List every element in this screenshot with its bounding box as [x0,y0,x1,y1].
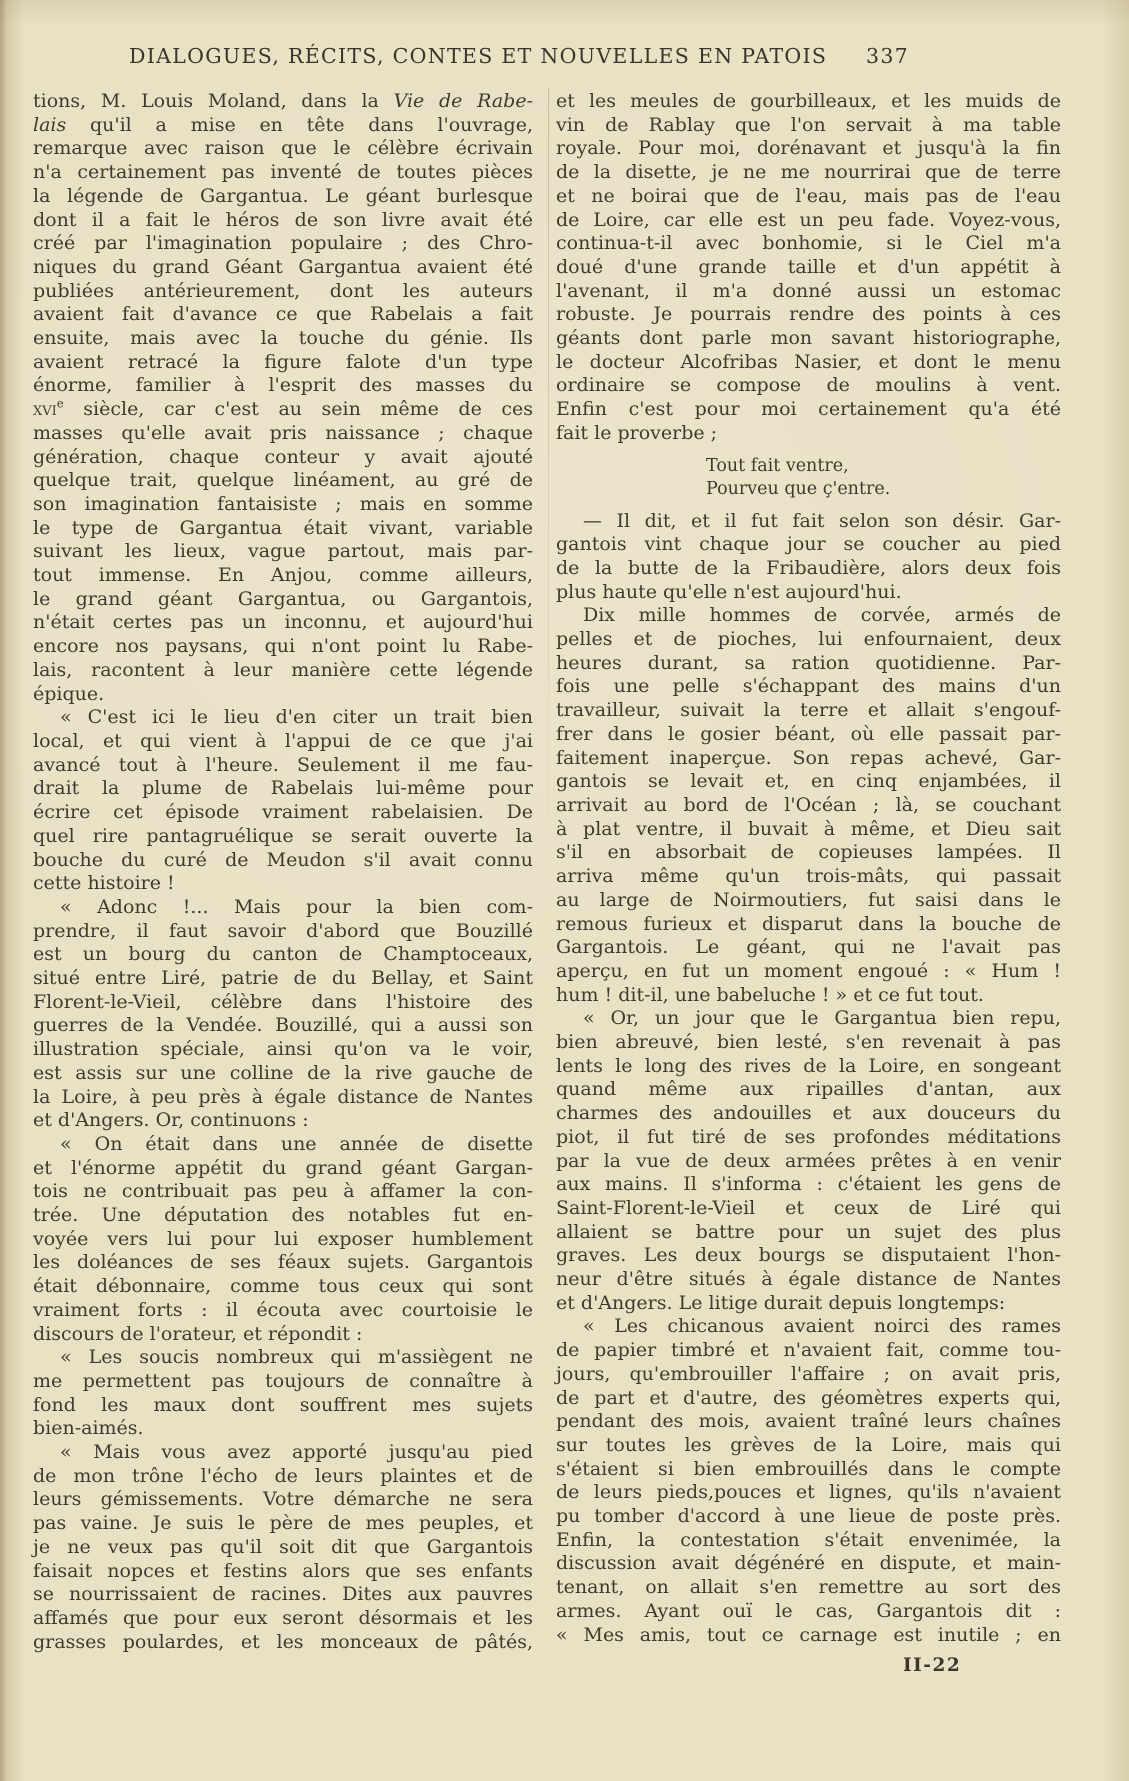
text-line: travailleur, suivait la terre et allait … [556,699,1061,723]
text-line: fois une pelle s'échappant des mains d'u… [556,675,1061,699]
text-line: trée. Une députation des notables fut en… [33,1204,533,1228]
text-line: était débonnaire, comme tous ceux qui so… [33,1275,533,1299]
text-line: leurs gémissements. Votre démarche ne se… [33,1488,533,1512]
text-line: robuste. Je pourrais rendre des points à… [556,303,1061,327]
signature-mark: II-22 [903,1655,961,1676]
text-line: illustration spéciale, ainsi qu'on va le… [33,1038,533,1062]
left-column: tions, M. Louis Moland, dans la Vie de R… [33,90,533,1654]
text-line: allaient se battre pour un sujet des plu… [556,1221,1061,1245]
text-line: Tout fait ventre, [706,455,1061,478]
text-line: avaient fait d'avance ce que Rabelais a … [33,303,533,327]
text-line: Gargantois. Le géant, qui ne l'avait pas [556,936,1061,960]
verse-block: Tout fait ventre,Pourveu que ç'entre. [556,446,1061,510]
text-line: fond les maux dont souffrent mes sujets [33,1394,533,1418]
text-line: et d'Angers. Le litige durait depuis lon… [556,1292,1061,1316]
text-line: de part et d'autre, des géomètres expert… [556,1387,1061,1411]
text-line: jours, qu'embrouiller l'affaire ; on ava… [556,1363,1061,1387]
running-title: DIALOGUES, RÉCITS, CONTES ET NOUVELLES E… [129,44,827,68]
text-line: piot, il fut tiré de ses profondes médit… [556,1126,1061,1150]
text-line: continua-t-il avec bonhomie, si le Ciel … [556,232,1061,256]
page-header: DIALOGUES, RÉCITS, CONTES ET NOUVELLES E… [0,44,1129,74]
text-line: le docteur Alcofribas Nasier, et dont le… [556,351,1061,375]
text-line: les doléances de ses féaux sujets. Garga… [33,1251,533,1275]
paragraph: « Les soucis nombreux qui m'assiègent ne… [33,1346,533,1441]
text-line: « Les soucis nombreux qui m'assiègent ne [33,1346,533,1370]
text-line: quel rire pantagruélique se serait ouver… [33,825,533,849]
text-line: arrivait au bord de l'Océan ; là, se cou… [556,794,1061,818]
text-line: faisait nopces et festins alors que ses … [33,1560,533,1584]
text-line: discours de l'orateur, et répondit : [33,1323,533,1347]
text-line: et ne boirai que de l'eau, mais pas de l… [556,185,1061,209]
paragraph: « Les chicanous avaient noirci des rames… [556,1315,1061,1647]
text-line: « Adonc !... Mais pour la bien com- [33,896,533,920]
text-line: tois ne contribuait pas peu à affamer la… [33,1180,533,1204]
text-line: est un bourg du canton de Champtoceaux, [33,943,533,967]
text-line: vin de Rablay que l'on servait à ma tabl… [556,114,1061,138]
text-line: Dix mille hommes de corvée, armés de [556,604,1061,628]
text-line: armes. Ayant ouï le cas, Gargantois dit … [556,1600,1061,1624]
text-line: bien-aimés. [33,1417,533,1441]
text-line: écrire cet épisode vraiment rabelaisien.… [33,801,533,825]
text-line: de Loire, car elle est un peu fade. Voye… [556,209,1061,233]
text-line: xvie siècle, car c'est au sein même de c… [33,398,533,422]
text-line: encore nos paysans, qui n'ont point lu R… [33,635,533,659]
text-line: frer dans le gosier béant, où elle passa… [556,723,1061,747]
text-line: de leurs pieds,pouces et lignes, qu'ils … [556,1481,1061,1505]
text-line: suivant les lieux, vague partout, mais p… [33,540,533,564]
paragraph: « Mais vous avez apporté jusqu'au piedde… [33,1441,533,1654]
text-line: local, et qui vient à l'appui de ce que … [33,730,533,754]
text-line: grasses poulardes, et les monceaux de pâ… [33,1631,533,1655]
text-line: quelque trait, quelque linéament, au gré… [33,469,533,493]
text-line: son imagination fantaisiste ; mais en so… [33,493,533,517]
text-line: cette histoire ! [33,872,533,896]
text-line: « Or, un jour que le Gargantua bien repu… [556,1007,1061,1031]
text-line: quand même aux ripailles d'antan, aux [556,1078,1061,1102]
text-line: drait la plume de Rabelais lui-même pour [33,777,533,801]
text-line: s'étaient si bien embrouillés dans le co… [556,1458,1061,1482]
text-line: le grand géant Gargantua, ou Gargantois, [33,588,533,612]
page-number: 337 [866,44,909,68]
text-line: lais qu'il a mise en tête dans l'ouvrage… [33,114,533,138]
text-line: géants dont parle mon savant historiogra… [556,327,1061,351]
text-line: au large de Noirmoutiers, fut saisi dans… [556,889,1061,913]
text-line: de papier timbré et n'avaient fait, comm… [556,1339,1061,1363]
text-line: avaient retracé la figure falote d'un ty… [33,351,533,375]
paragraph: — Il dit, et il fut fait selon son désir… [556,510,1061,605]
text-line: « C'est ici le lieu d'en citer un trait … [33,706,533,730]
text-line: de mon trône l'écho de leurs plaintes et… [33,1465,533,1489]
text-line: hum ! dit-il, une babeluche ! » et ce fu… [556,984,1061,1008]
text-line: énorme, familier à l'esprit des masses d… [33,374,533,398]
text-line: situé entre Liré, patrie de du Bellay, e… [33,967,533,991]
text-line: je ne veux pas qu'il soit dit que Gargan… [33,1536,533,1560]
text-line: bien abreuvé, bien lesté, s'en revenait … [556,1031,1061,1055]
text-line: tout immense. En Anjou, comme ailleurs, [33,564,533,588]
text-line: Enfin c'est pour moi certainement qu'a é… [556,398,1061,422]
text-line: ordinaire se compose de moulins à vent. [556,374,1061,398]
text-line: discussion avait dégénéré en dispute, et… [556,1552,1061,1576]
text-line: plus haute qu'elle n'est aujourd'hui. [556,581,1061,605]
text-line: lents le long des rives de la Loire, en … [556,1055,1061,1079]
text-line: et l'énorme appétit du grand géant Garga… [33,1157,533,1181]
paragraph: « Adonc !... Mais pour la bien com-prend… [33,896,533,1133]
text-line: Saint-Florent-le-Vieil et ceux de Liré q… [556,1197,1061,1221]
text-line: et les meules de gourbilleaux, et les mu… [556,90,1061,114]
paragraph: Dix mille hommes de corvée, armés depell… [556,604,1061,1007]
text-line: voyée vers lui pour lui exposer humbleme… [33,1228,533,1252]
text-line: niques du grand Géant Gargantua avaient … [33,256,533,280]
text-line: « Les chicanous avaient noirci des rames [556,1315,1061,1339]
text-line: graves. Les deux bourgs se disputaient l… [556,1244,1061,1268]
book-page: DIALOGUES, RÉCITS, CONTES ET NOUVELLES E… [0,0,1129,1781]
text-line: tions, M. Louis Moland, dans la Vie de R… [33,90,533,114]
text-line: et d'Angers. Or, continuons : [33,1109,533,1133]
text-line: se nourrissaient de racines. Dites aux p… [33,1583,533,1607]
text-line: pas vaine. Je suis le père de mes peuple… [33,1512,533,1536]
text-line: pu tomber d'accord à une lieue de poste … [556,1505,1061,1529]
text-line: est assis sur une colline de la rive gau… [33,1062,533,1086]
text-line: ensuite, mais avec la touche du génie. I… [33,327,533,351]
text-line: royale. Pour moi, dorénavant et jusqu'à … [556,137,1061,161]
text-line: doué d'une grande taille et d'un appétit… [556,256,1061,280]
text-line: lais, racontent à leur manière cette lég… [33,659,533,683]
text-line: avancé tout à l'heure. Seulement il me f… [33,754,533,778]
text-line: « Mais vous avez apporté jusqu'au pied [33,1441,533,1465]
text-line: « On était dans une année de disette [33,1133,533,1157]
paragraph: « On était dans une année de disetteet l… [33,1133,533,1346]
text-line: me permettent pas toujours de connaître … [33,1370,533,1394]
text-line: créé par l'imagination populaire ; des C… [33,232,533,256]
text-line: par la vue de deux armées prêtes à en ve… [556,1150,1061,1174]
text-line: charmes des andouilles et aux douceurs d… [556,1102,1061,1126]
paragraph: et les meules de gourbilleaux, et les mu… [556,90,1061,446]
text-line: guerres de la Vendée. Bouzillé, qui a au… [33,1014,533,1038]
text-line: remarque avec raison que le célèbre écri… [33,137,533,161]
text-line: Pourveu que ç'entre. [706,478,1061,501]
text-line: le type de Gargantua était vivant, varia… [33,517,533,541]
text-line: « Mes amis, tout ce carnage est inutile … [556,1624,1061,1648]
text-line: heures durant, sa ration quotidienne. Pa… [556,652,1061,676]
text-line: — Il dit, et il fut fait selon son désir… [556,510,1061,534]
text-line: aux mains. Il s'informa : c'étaient les … [556,1173,1061,1197]
text-line: prendre, il faut savoir d'abord que Bouz… [33,920,533,944]
text-line: aperçu, en fut un moment engoué : « Hum … [556,960,1061,984]
text-line: l'avenant, il m'a donné aussi un estomac [556,280,1061,304]
text-line: génération, chaque conteur y avait ajout… [33,446,533,470]
text-line: neur d'être situés à égale distance de N… [556,1268,1061,1292]
text-line: pelles et de pioches, lui enfournaient, … [556,628,1061,652]
text-line: s'il en absorbait de copieuses lampées. … [556,841,1061,865]
text-line: gantois se levait et, en cinq enjambées,… [556,770,1061,794]
text-line: vraiment forts : il écouta avec courtois… [33,1299,533,1323]
text-line: dont il a fait le héros de son livre ava… [33,209,533,233]
text-line: n'a certainement pas inventé de toutes p… [33,161,533,185]
paragraph: tions, M. Louis Moland, dans la Vie de R… [33,90,533,706]
paragraph: « C'est ici le lieu d'en citer un trait … [33,706,533,896]
text-line: la légende de Gargantua. Le géant burles… [33,185,533,209]
gutter-crease [548,88,549,818]
text-line: la Loire, à peu près à égale distance de… [33,1086,533,1110]
text-line: arriva même qu'un trois-mâts, qui passai… [556,865,1061,889]
text-line: affamés que pour eux seront désormais et… [33,1607,533,1631]
text-line: faitement inaperçue. Son repas achevé, G… [556,747,1061,771]
text-line: de la disette, je ne me nourrirai que de… [556,161,1061,185]
text-line: de la butte de la Fribaudière, alors deu… [556,557,1061,581]
text-line: publiées antérieurement, dont les auteur… [33,280,533,304]
text-line: Florent-le-Vieil, célèbre dans l'histoir… [33,991,533,1015]
text-line: bouche du curé de Meudon s'il avait conn… [33,849,533,873]
text-line: fait le proverbe ; [556,422,1061,446]
text-line: tenant, on allait s'en remettre au sort … [556,1576,1061,1600]
text-line: sur toutes les grèves de la Loire, mais … [556,1434,1061,1458]
right-column: et les meules de gourbilleaux, et les mu… [556,90,1061,1647]
text-line: épique. [33,683,533,707]
text-line: à plat ventre, il buvait à même, et Dieu… [556,818,1061,842]
text-line: gantois vint chaque jour se coucher au p… [556,533,1061,557]
paragraph: « Or, un jour que le Gargantua bien repu… [556,1007,1061,1315]
text-line: n'était certes pas un inconnu, et aujour… [33,611,533,635]
text-line: Enfin, la contestation s'était envenimée… [556,1529,1061,1553]
text-line: pendant des mois, avaient traîné leurs c… [556,1410,1061,1434]
text-line: remous furieux et disparut dans la bouch… [556,913,1061,937]
text-line: masses qu'elle avait pris naissance ; ch… [33,422,533,446]
